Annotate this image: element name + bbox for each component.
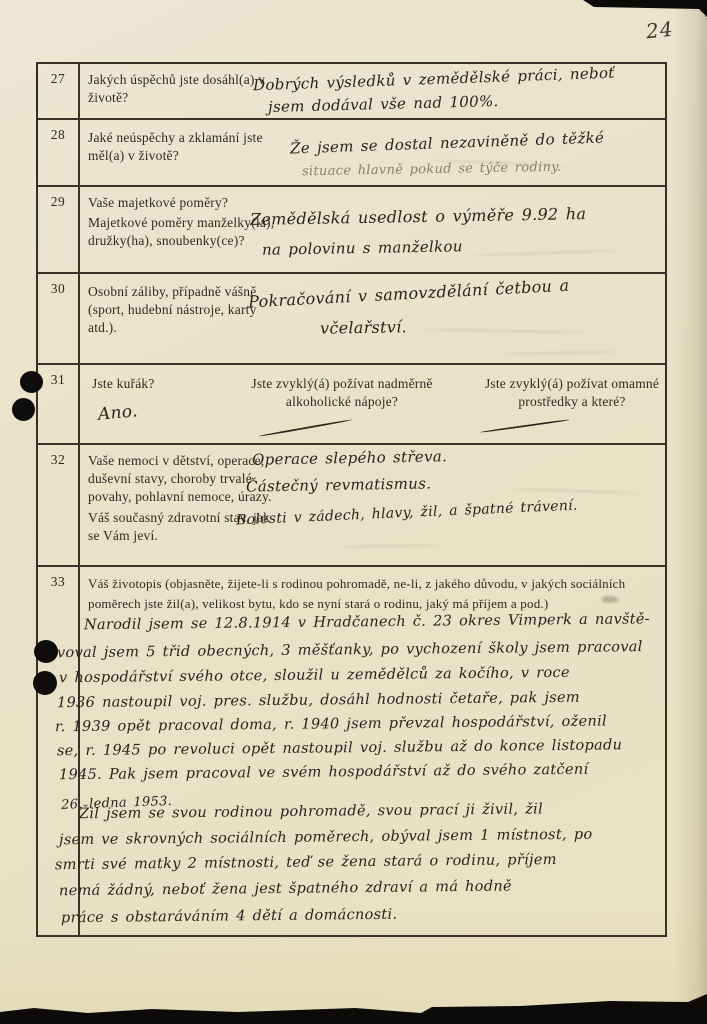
question-number: 31 xyxy=(38,365,80,443)
dash-stroke xyxy=(259,419,353,437)
handwritten-answer-line: r. 1939 opět pracoval doma, r. 1940 jsem… xyxy=(55,713,675,735)
row-27-content: Jakých úspěchů jste dosáhl(a) v životě? … xyxy=(80,64,665,118)
question-text: Váš životopis (objasněte, žijete-li s ro… xyxy=(88,574,663,614)
handwritten-answer-line: Ano. xyxy=(97,401,138,424)
question-text: Jaké neúspěchy a zklamání jste měl(a) v … xyxy=(88,129,293,165)
handwritten-answer-line: jsem ve skrovných sociálních poměrech, o… xyxy=(59,826,679,848)
row-33-content: Váš životopis (objasněte, žijete-li s ro… xyxy=(80,567,665,935)
handwritten-answer-line: Zemědělská usedlost o výměře 9.92 ha xyxy=(250,204,587,229)
handwritten-answer-line: Že jsem se dostal nezaviněně do těžké xyxy=(290,129,605,158)
handwritten-answer-line: se, r. 1945 po revoluci opět nastoupil v… xyxy=(57,737,677,759)
handwritten-answer-line: včelařství. xyxy=(320,317,407,338)
handwritten-answer-line: na polovinu s manželkou xyxy=(262,237,463,259)
handwritten-answer-line: Narodil jsem se 12.8.1914 v Hradčanech č… xyxy=(84,611,704,633)
row-29: 29 Vaše majetkové poměry? Majetkové pomě… xyxy=(38,187,665,274)
handwritten-answer-line: práce s obstaráváním 4 dětí a domácnosti… xyxy=(61,904,681,926)
question-number: 29 xyxy=(38,187,80,272)
handwritten-answer-line: Bolesti v zádech, hlavy, žil, a špatné t… xyxy=(236,498,578,529)
handwritten-answer-line: Částečný revmatismus. xyxy=(246,474,431,495)
handwritten-answer-line: Pokračování v samovzdělání četbou a xyxy=(248,276,570,312)
handwritten-answer-line: Dobrých výsledků v zemědělské práci, neb… xyxy=(253,64,615,95)
handwritten-answer-line: voval jsem 5 třid obecných, 3 měšťanky, … xyxy=(57,639,677,661)
handwritten-answer-line: Operace slepého střeva. xyxy=(252,447,447,468)
dash-stroke xyxy=(480,419,569,434)
row-33: 33 Váš životopis (objasněte, žijete-li s… xyxy=(38,567,665,935)
row-31: 31 Jste kuřák? Jste zvyklý(á) požívat na… xyxy=(38,365,665,445)
page-number: 24 xyxy=(645,17,675,44)
row-28: 28 Jaké neúspěchy a zklamání jste měl(a)… xyxy=(38,120,665,187)
row-28-content: Jaké neúspěchy a zklamání jste měl(a) v … xyxy=(80,120,665,185)
questionnaire-table: 27 Jakých úspěchů jste dosáhl(a) v život… xyxy=(36,62,667,937)
handwritten-answer-line: jsem dodával vše nad 100%. xyxy=(268,92,499,116)
punch-hole xyxy=(12,398,35,421)
question-number: 27 xyxy=(38,64,80,118)
paper: 24 27 Jakých úspěchů jste dosáhl(a) v ži… xyxy=(0,0,707,1024)
question-text-3: Jste zvyklý(á) požívat omamné prostředky… xyxy=(472,375,672,411)
row-27: 27 Jakých úspěchů jste dosáhl(a) v život… xyxy=(38,64,665,120)
question-number: 32 xyxy=(38,445,80,565)
question-text-2: Jste zvyklý(á) požívat nadměrně alkoholi… xyxy=(232,375,452,411)
row-32: 32 Vaše nemoci v dětství, operace, dušev… xyxy=(38,445,665,567)
handwritten-answer-line: smrti své matky 2 místnosti, teď se žena… xyxy=(55,851,675,873)
question-text: Jste kuřák? xyxy=(92,375,212,393)
question-number: 28 xyxy=(38,120,80,185)
punch-hole xyxy=(20,371,43,393)
question-text: Osobní záliby, případně vášně (sport, hu… xyxy=(88,283,268,337)
punch-hole xyxy=(34,640,58,663)
handwritten-answer-line: v hospodářství svého otce, sloužil u zem… xyxy=(59,664,679,686)
row-29-content: Vaše majetkové poměry? Majetkové poměry … xyxy=(80,187,665,272)
punch-hole xyxy=(33,671,57,695)
ink-smudge xyxy=(602,596,618,603)
handwritten-answer-line: nemá žádný, neboť žena jest špatného zdr… xyxy=(59,877,679,899)
handwritten-answer-line: 1936 nastoupil voj. pres. službu, dosáhl… xyxy=(57,689,677,711)
row-30-content: Osobní záliby, případně vášně (sport, hu… xyxy=(80,274,665,363)
paper-edge-shadow xyxy=(673,0,707,1010)
row-31-content: Jste kuřák? Jste zvyklý(á) požívat nadmě… xyxy=(80,365,665,443)
question-number: 30 xyxy=(38,274,80,363)
